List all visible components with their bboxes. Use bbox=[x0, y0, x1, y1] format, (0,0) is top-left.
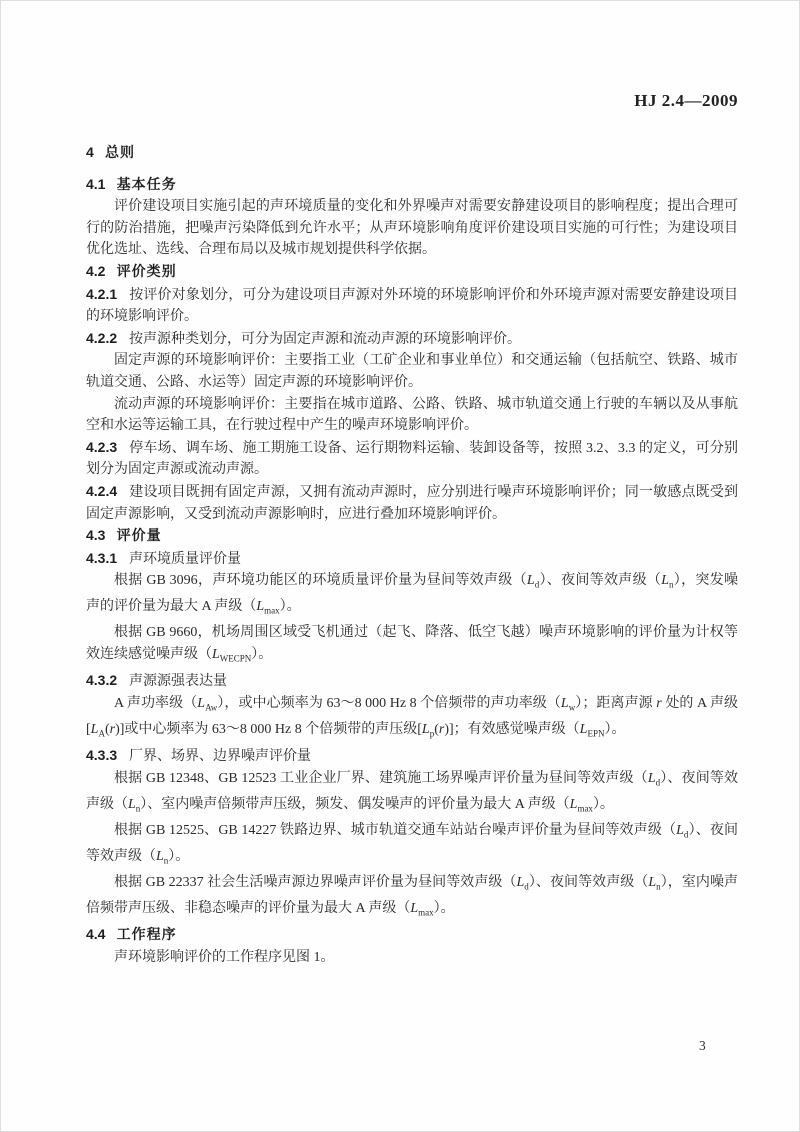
paragraph: 根据 GB 9660，机场周围区域受飞机通过（起飞、降落、低空飞越）噪声环境影响… bbox=[86, 622, 738, 670]
paragraph: 根据 GB 3096，声环境功能区的环境质量评价量为昼间等效声级（Ld）、夜间等… bbox=[86, 570, 738, 622]
clause-number: 4.3.3 bbox=[86, 747, 117, 763]
text-run: 按评价对象划分，可分为建设项目声源对外环境的环境影响评价和外环境声源对需要安静建… bbox=[86, 288, 738, 325]
subscript: Aw bbox=[205, 702, 217, 712]
subscript: max bbox=[264, 606, 280, 616]
document-standard-number: HJ 2.4—2009 bbox=[634, 91, 738, 111]
text-run: 评价类别 bbox=[117, 263, 177, 279]
text-run: 建设项目既拥有固定声源，又拥有流动声源时，应分别进行噪声环境影响评价；同一敏感点… bbox=[86, 485, 738, 522]
text-run: ）；距离声源 bbox=[575, 696, 656, 711]
paragraph: 固定声源的环境影响评价：主要指工业（工矿企业和事业单位）和交通运输（包括航空、铁… bbox=[86, 350, 738, 393]
symbol: L bbox=[561, 696, 569, 711]
paragraph: 根据 GB 22337 社会生活噪声源边界噪声评价量为昼间等效声级（Ld）、夜间… bbox=[86, 872, 738, 924]
clause-number: 4.2.3 bbox=[86, 439, 117, 455]
symbol: L bbox=[410, 901, 418, 916]
text-run: 总则 bbox=[105, 144, 135, 160]
text-run: 流动声源的环境影响评价：主要指在城市道路、公路、铁路、城市轨道交通上行驶的车辆以… bbox=[86, 397, 738, 434]
symbol: L bbox=[256, 599, 264, 614]
clause-number: 4.3.1 bbox=[86, 550, 117, 566]
symbol: L bbox=[527, 573, 535, 588]
symbol: L bbox=[676, 823, 684, 838]
text-run: ）、室内噪声倍频带声压级，频发、偶发噪声的评价量为最大 A 声级（ bbox=[140, 797, 569, 812]
paragraph: 声环境影响评价的工作程序见图 1。 bbox=[86, 947, 738, 969]
clause: 4.3.2声源源强表达量 bbox=[86, 670, 738, 693]
symbol: L bbox=[128, 797, 136, 812]
text-run: 根据 GB 12348、GB 12523 工业企业厂界、建筑施工场界噪声评价量为… bbox=[114, 771, 648, 786]
symbol: L bbox=[197, 696, 205, 711]
paragraph: 流动声源的环境影响评价：主要指在城市道路、公路、铁路、城市轨道交通上行驶的车辆以… bbox=[86, 394, 738, 437]
text-run: 声环境影响评价的工作程序见图 1。 bbox=[114, 950, 335, 965]
clause-number: 4.2.1 bbox=[86, 286, 117, 302]
subscript: WECPN bbox=[220, 654, 252, 664]
paragraph: 根据 GB 12525、GB 14227 铁路边界、城市轨道交通车站站台噪声评价… bbox=[86, 820, 738, 872]
text-run: 评价量 bbox=[117, 527, 162, 543]
clause: 4.3.1声环境质量评价量 bbox=[86, 548, 738, 571]
clause: 4.2.1按评价对象划分，可分为建设项目声源对外环境的环境影响评价和外环境声源对… bbox=[86, 284, 738, 328]
text-run: A 声功率级（ bbox=[114, 696, 197, 711]
text-run: ）。 bbox=[280, 599, 301, 614]
doc-body: 4总则4.1基本任务评价建设项目实施引起的声环境质量的变化和外界噪声对需要安静建… bbox=[86, 142, 738, 968]
text-run: 声环境质量评价量 bbox=[129, 552, 241, 567]
text-run: 停车场、调车场、施工期施工设备、运行期物料运输、装卸设备等，按照 3.2、3.3… bbox=[86, 441, 738, 478]
clause-number: 4.2.2 bbox=[86, 330, 117, 346]
text-run: 厂界、场界、边界噪声评价量 bbox=[129, 749, 311, 764]
text-run: )]或中心频率为 63～8 000 Hz 8 个倍频带的声压级[ bbox=[115, 722, 422, 737]
paragraph: 根据 GB 12348、GB 12523 工业企业厂界、建筑施工场界噪声评价量为… bbox=[86, 768, 738, 820]
clause-number: 4.1 bbox=[86, 176, 105, 192]
text-run: ），或中心频率为 63～8 000 Hz 8 个倍频带的声功率级（ bbox=[217, 696, 561, 711]
text-run: 根据 GB 22337 社会生活噪声源边界噪声评价量为昼间等效声级（ bbox=[114, 875, 517, 890]
text-run: ）。 bbox=[434, 901, 455, 916]
clause: 4.2.4建设项目既拥有固定声源，又拥有流动声源时，应分别进行噪声环境影响评价；… bbox=[86, 481, 738, 525]
text-run: ）。 bbox=[251, 647, 272, 662]
section-heading: 4.3评价量 bbox=[86, 525, 738, 548]
text-run: 声源源强表达量 bbox=[129, 674, 227, 689]
text-run: ）。 bbox=[604, 722, 625, 737]
text-run: ）。 bbox=[168, 849, 189, 864]
clause-number: 4.2 bbox=[86, 263, 105, 279]
text-run: ）、夜间等效声级（ bbox=[529, 875, 649, 890]
section-heading: 4.2评价类别 bbox=[86, 261, 738, 284]
text-run: 按声源种类划分，可分为固定声源和流动声源的环境影响评价。 bbox=[129, 332, 521, 347]
text-run: )]；有效感觉噪声级（ bbox=[444, 722, 579, 737]
symbol: L bbox=[212, 647, 220, 662]
text-run: 固定声源的环境影响评价：主要指工业（工矿企业和事业单位）和交通运输（包括航空、铁… bbox=[86, 353, 738, 390]
clause-number: 4.2.4 bbox=[86, 483, 117, 499]
paragraph: A 声功率级（LAw），或中心频率为 63～8 000 Hz 8 个倍频带的声功… bbox=[86, 693, 738, 745]
subscript: max bbox=[577, 803, 593, 813]
section-heading: 4总则 bbox=[86, 142, 738, 165]
text-run: 根据 GB 9660，机场周围区域受飞机通过（起飞、降落、低空飞越）噪声环境影响… bbox=[86, 625, 738, 662]
text-run: 根据 GB 12525、GB 14227 铁路边界、城市轨道交通车站站台噪声评价… bbox=[114, 823, 676, 838]
page-number: 3 bbox=[699, 1038, 706, 1054]
text-run: 评价建设项目实施引起的声环境质量的变化和外界噪声对需要安静建设项目的影响程度；提… bbox=[86, 199, 738, 257]
clause-number: 4.3 bbox=[86, 527, 105, 543]
scanned-document-page: HJ 2.4—2009 4总则4.1基本任务评价建设项目实施引起的声环境质量的变… bbox=[0, 0, 800, 1132]
section-heading: 4.4工作程序 bbox=[86, 924, 738, 947]
clause: 4.2.2按声源种类划分，可分为固定声源和流动声源的环境影响评价。 bbox=[86, 328, 738, 351]
symbol: L bbox=[648, 771, 656, 786]
clause: 4.3.3厂界、场界、边界噪声评价量 bbox=[86, 745, 738, 768]
section-heading: 4.1基本任务 bbox=[86, 174, 738, 197]
text-run: 工作程序 bbox=[117, 926, 177, 942]
clause-number: 4.3.2 bbox=[86, 672, 117, 688]
text-run: ）、夜间等效声级（ bbox=[539, 573, 661, 588]
symbol: L bbox=[422, 722, 430, 737]
clause-number: 4.4 bbox=[86, 926, 105, 942]
symbol: L bbox=[661, 573, 669, 588]
paragraph: 评价建设项目实施引起的声环境质量的变化和外界噪声对需要安静建设项目的影响程度；提… bbox=[86, 196, 738, 261]
symbol: L bbox=[156, 849, 164, 864]
text-run: ）。 bbox=[593, 797, 614, 812]
text-run: 基本任务 bbox=[117, 176, 177, 192]
subscript: max bbox=[418, 908, 434, 918]
subscript: EPN bbox=[587, 728, 604, 738]
text-run: 根据 GB 3096，声环境功能区的环境质量评价量为昼间等效声级（ bbox=[114, 573, 527, 588]
symbol: L bbox=[648, 875, 656, 890]
clause-number: 4 bbox=[86, 144, 94, 160]
clause: 4.2.3停车场、调车场、施工期施工设备、运行期物料运输、装卸设备等，按照 3.… bbox=[86, 437, 738, 481]
